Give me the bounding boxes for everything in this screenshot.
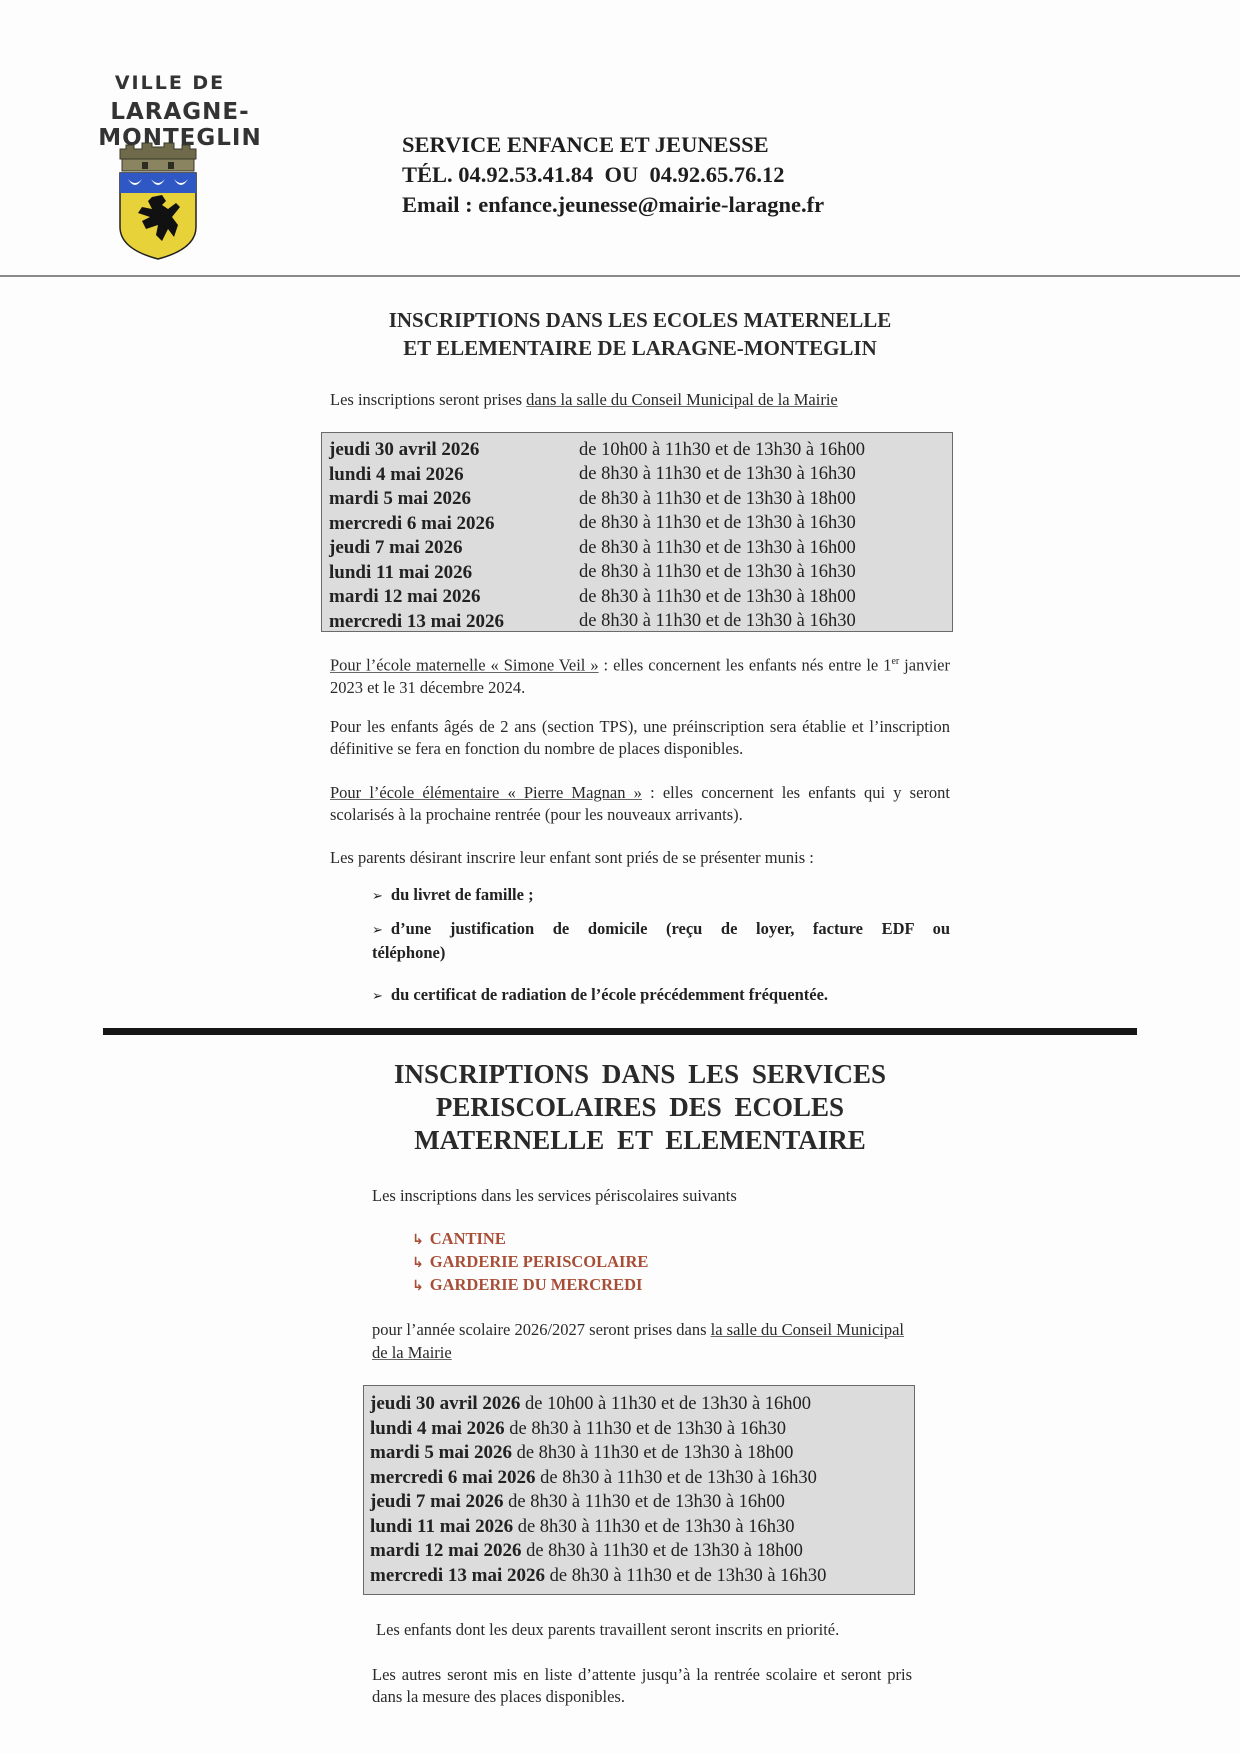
section-divider (103, 1028, 1137, 1035)
schedule-hours: de 8h30 à 11h30 et de 13h30 à 16h00 (579, 538, 856, 559)
arrow-bullet-icon: ➢ (372, 923, 383, 938)
intro-text: Les inscriptions seront prises (330, 390, 526, 409)
schedule-date: mercredi 13 mai 2026 (329, 611, 579, 633)
schedule-row: mardi 5 mai 2026de 8h30 à 11h30 et de 13… (329, 487, 952, 512)
schedule-row: jeudi 30 avril 2026de 10h00 à 11h30 et d… (329, 438, 952, 463)
requirement-item: ➢du livret de famille ; (372, 884, 950, 908)
schedule-hours: de 8h30 à 11h30 et de 13h30 à 16h00 (504, 1492, 785, 1512)
schedule-hours: de 8h30 à 11h30 et de 13h30 à 16h30 (536, 1468, 817, 1488)
schedule-row: jeudi 7 mai 2026de 8h30 à 11h30 et de 13… (329, 536, 952, 561)
section1-title: INSCRIPTIONS DANS LES ECOLES MATERNELLE … (300, 306, 980, 362)
schedule-date: jeudi 7 mai 2026 (370, 1491, 504, 1512)
service-contact-block: SERVICE ENFANCE ET JEUNESSE TÉL. 04.92.5… (402, 130, 824, 220)
elementaire-paragraph: Pour l’école élémentaire « Pierre Magnan… (330, 782, 950, 826)
schedule-date: mardi 5 mai 2026 (329, 488, 579, 510)
schedule-date: mercredi 13 mai 2026 (370, 1565, 545, 1586)
requirement-text: d’une justification de domicile (reçu de… (372, 919, 950, 962)
schedule-date: mercredi 6 mai 2026 (370, 1467, 536, 1488)
coat-of-arms-icon (112, 137, 204, 262)
schedule-hours: de 8h30 à 11h30 et de 13h30 à 16h30 (579, 464, 856, 485)
schedule-hours: de 8h30 à 11h30 et de 13h30 à 16h30 (513, 1517, 794, 1537)
services-list: ↳CANTINE ↳GARDERIE PERISCOLAIRE ↳GARDERI… (412, 1228, 648, 1297)
schedule-hours: de 8h30 à 11h30 et de 13h30 à 16h30 (579, 513, 856, 534)
periscolaire-schedule-table: jeudi 30 avril 2026 de 10h00 à 11h30 et … (363, 1385, 915, 1595)
service-item: ↳CANTINE (412, 1228, 648, 1251)
schedule-hours: de 10h00 à 11h30 et de 13h30 à 16h00 (520, 1394, 811, 1414)
schedule-date: lundi 4 mai 2026 (329, 464, 579, 486)
schedule-row: lundi 11 mai 2026 de 8h30 à 11h30 et de … (370, 1515, 914, 1540)
section2-title-line3: MATERNELLE ET ELEMENTAIRE (340, 1124, 940, 1157)
schedule-date: lundi 11 mai 2026 (370, 1516, 513, 1537)
priority-paragraph: Les enfants dont les deux parents travai… (376, 1620, 839, 1640)
schedule-row: mercredi 13 mai 2026de 8h30 à 11h30 et d… (329, 610, 952, 635)
service-item: ↳GARDERIE PERISCOLAIRE (412, 1251, 648, 1274)
schedule-date: jeudi 30 avril 2026 (370, 1393, 520, 1414)
section1-intro: Les inscriptions seront prises dans la s… (330, 390, 838, 410)
header-divider (0, 275, 1240, 277)
service-label: GARDERIE PERISCOLAIRE (430, 1252, 649, 1271)
requirement-item: ➢d’une justification de domicile (reçu d… (372, 918, 950, 964)
waitlist-paragraph: Les autres seront mis en liste d’attente… (372, 1664, 912, 1708)
phone-numbers: TÉL. 04.92.53.41.84 OU 04.92.65.76.12 (402, 160, 824, 190)
schedule-date: lundi 4 mai 2026 (370, 1418, 505, 1439)
maternelle-text: : elles concernent les enfants nés entre… (599, 656, 892, 675)
schedule-date: mardi 12 mai 2026 (370, 1540, 521, 1561)
requirement-text: du livret de famille ; (391, 885, 534, 904)
schedule-row: mardi 12 mai 2026 de 8h30 à 11h30 et de … (370, 1539, 914, 1564)
schedule-hours: de 8h30 à 11h30 et de 13h30 à 18h00 (579, 587, 856, 608)
hooked-arrow-icon: ↳ (412, 1232, 424, 1248)
service-name: SERVICE ENFANCE ET JEUNESSE (402, 130, 824, 160)
hooked-arrow-icon: ↳ (412, 1278, 424, 1294)
section2-intro: Les inscriptions dans les services péris… (372, 1186, 737, 1206)
schedule-row: mardi 5 mai 2026 de 8h30 à 11h30 et de 1… (370, 1441, 914, 1466)
elementaire-label: Pour l’école élémentaire « Pierre Magnan… (330, 783, 642, 802)
school-schedule-table: jeudi 30 avril 2026de 10h00 à 11h30 et d… (321, 432, 953, 632)
section1-title-line1: INSCRIPTIONS DANS LES ECOLES MATERNELLE (300, 306, 980, 334)
schedule-row: mercredi 6 mai 2026de 8h30 à 11h30 et de… (329, 512, 952, 537)
schedule-row: lundi 11 mai 2026de 8h30 à 11h30 et de 1… (329, 561, 952, 586)
section2-title-line2: PERISCOLAIRES DES ECOLES (340, 1091, 940, 1124)
school-year-text: pour l’année scolaire 2026/2027 seront p… (372, 1320, 711, 1339)
schedule-hours: de 8h30 à 11h30 et de 13h30 à 16h30 (505, 1419, 786, 1439)
schedule-date: mardi 5 mai 2026 (370, 1442, 512, 1463)
schedule-row: lundi 4 mai 2026de 8h30 à 11h30 et de 13… (329, 463, 952, 488)
arrow-bullet-icon: ➢ (372, 889, 383, 904)
schedule-date: jeudi 7 mai 2026 (329, 537, 579, 559)
maternelle-label: Pour l’école maternelle « Simone Veil » (330, 656, 599, 675)
parents-paragraph: Les parents désirant inscrire leur enfan… (330, 847, 950, 869)
hooked-arrow-icon: ↳ (412, 1255, 424, 1271)
schedule-row: mercredi 6 mai 2026 de 8h30 à 11h30 et d… (370, 1466, 914, 1491)
schedule-row: lundi 4 mai 2026 de 8h30 à 11h30 et de 1… (370, 1417, 914, 1442)
schedule-row: mardi 12 mai 2026de 8h30 à 11h30 et de 1… (329, 585, 952, 610)
arrow-bullet-icon: ➢ (372, 989, 383, 1004)
tps-paragraph: Pour les enfants âgés de 2 ans (section … (330, 716, 950, 760)
email-address[interactable]: Email : enfance.jeunesse@mairie-laragne.… (402, 190, 824, 220)
schedule-date: mardi 12 mai 2026 (329, 586, 579, 608)
schedule-row: mercredi 13 mai 2026 de 8h30 à 11h30 et … (370, 1564, 914, 1589)
schedule-date: mercredi 6 mai 2026 (329, 513, 579, 535)
schedule-hours: de 8h30 à 11h30 et de 13h30 à 18h00 (579, 489, 856, 510)
schedule-hours: de 10h00 à 11h30 et de 13h30 à 16h00 (579, 440, 865, 461)
schedule-hours: de 8h30 à 11h30 et de 13h30 à 18h00 (521, 1541, 802, 1561)
schedule-date: lundi 11 mai 2026 (329, 562, 579, 584)
schedule-hours: de 8h30 à 11h30 et de 13h30 à 18h00 (512, 1443, 793, 1463)
section2-title: INSCRIPTIONS DANS LES SERVICES PERISCOLA… (340, 1058, 940, 1157)
schedule-hours: de 8h30 à 11h30 et de 13h30 à 16h30 (545, 1566, 826, 1586)
city-prefix: VILLE DE (100, 72, 240, 94)
service-label: GARDERIE DU MERCREDI (430, 1275, 643, 1294)
maternelle-paragraph: Pour l’école maternelle « Simone Veil » … (330, 651, 950, 699)
service-item: ↳GARDERIE DU MERCREDI (412, 1274, 648, 1297)
section1-title-line2: ET ELEMENTAIRE DE LARAGNE-MONTEGLIN (300, 334, 980, 362)
schedule-hours: de 8h30 à 11h30 et de 13h30 à 16h30 (579, 611, 856, 632)
section2-title-line1: INSCRIPTIONS DANS LES SERVICES (340, 1058, 940, 1091)
requirement-text: du certificat de radiation de l’école pr… (391, 985, 828, 1004)
schedule-row: jeudi 30 avril 2026 de 10h00 à 11h30 et … (370, 1392, 914, 1417)
school-year-paragraph: pour l’année scolaire 2026/2027 seront p… (372, 1318, 912, 1364)
schedule-row: jeudi 7 mai 2026 de 8h30 à 11h30 et de 1… (370, 1490, 914, 1515)
requirement-item: ➢du certificat de radiation de l’école p… (372, 984, 950, 1008)
service-label: CANTINE (430, 1229, 506, 1248)
intro-location: dans la salle du Conseil Municipal de la… (526, 390, 838, 409)
schedule-hours: de 8h30 à 11h30 et de 13h30 à 16h30 (579, 562, 856, 583)
schedule-date: jeudi 30 avril 2026 (329, 439, 579, 461)
